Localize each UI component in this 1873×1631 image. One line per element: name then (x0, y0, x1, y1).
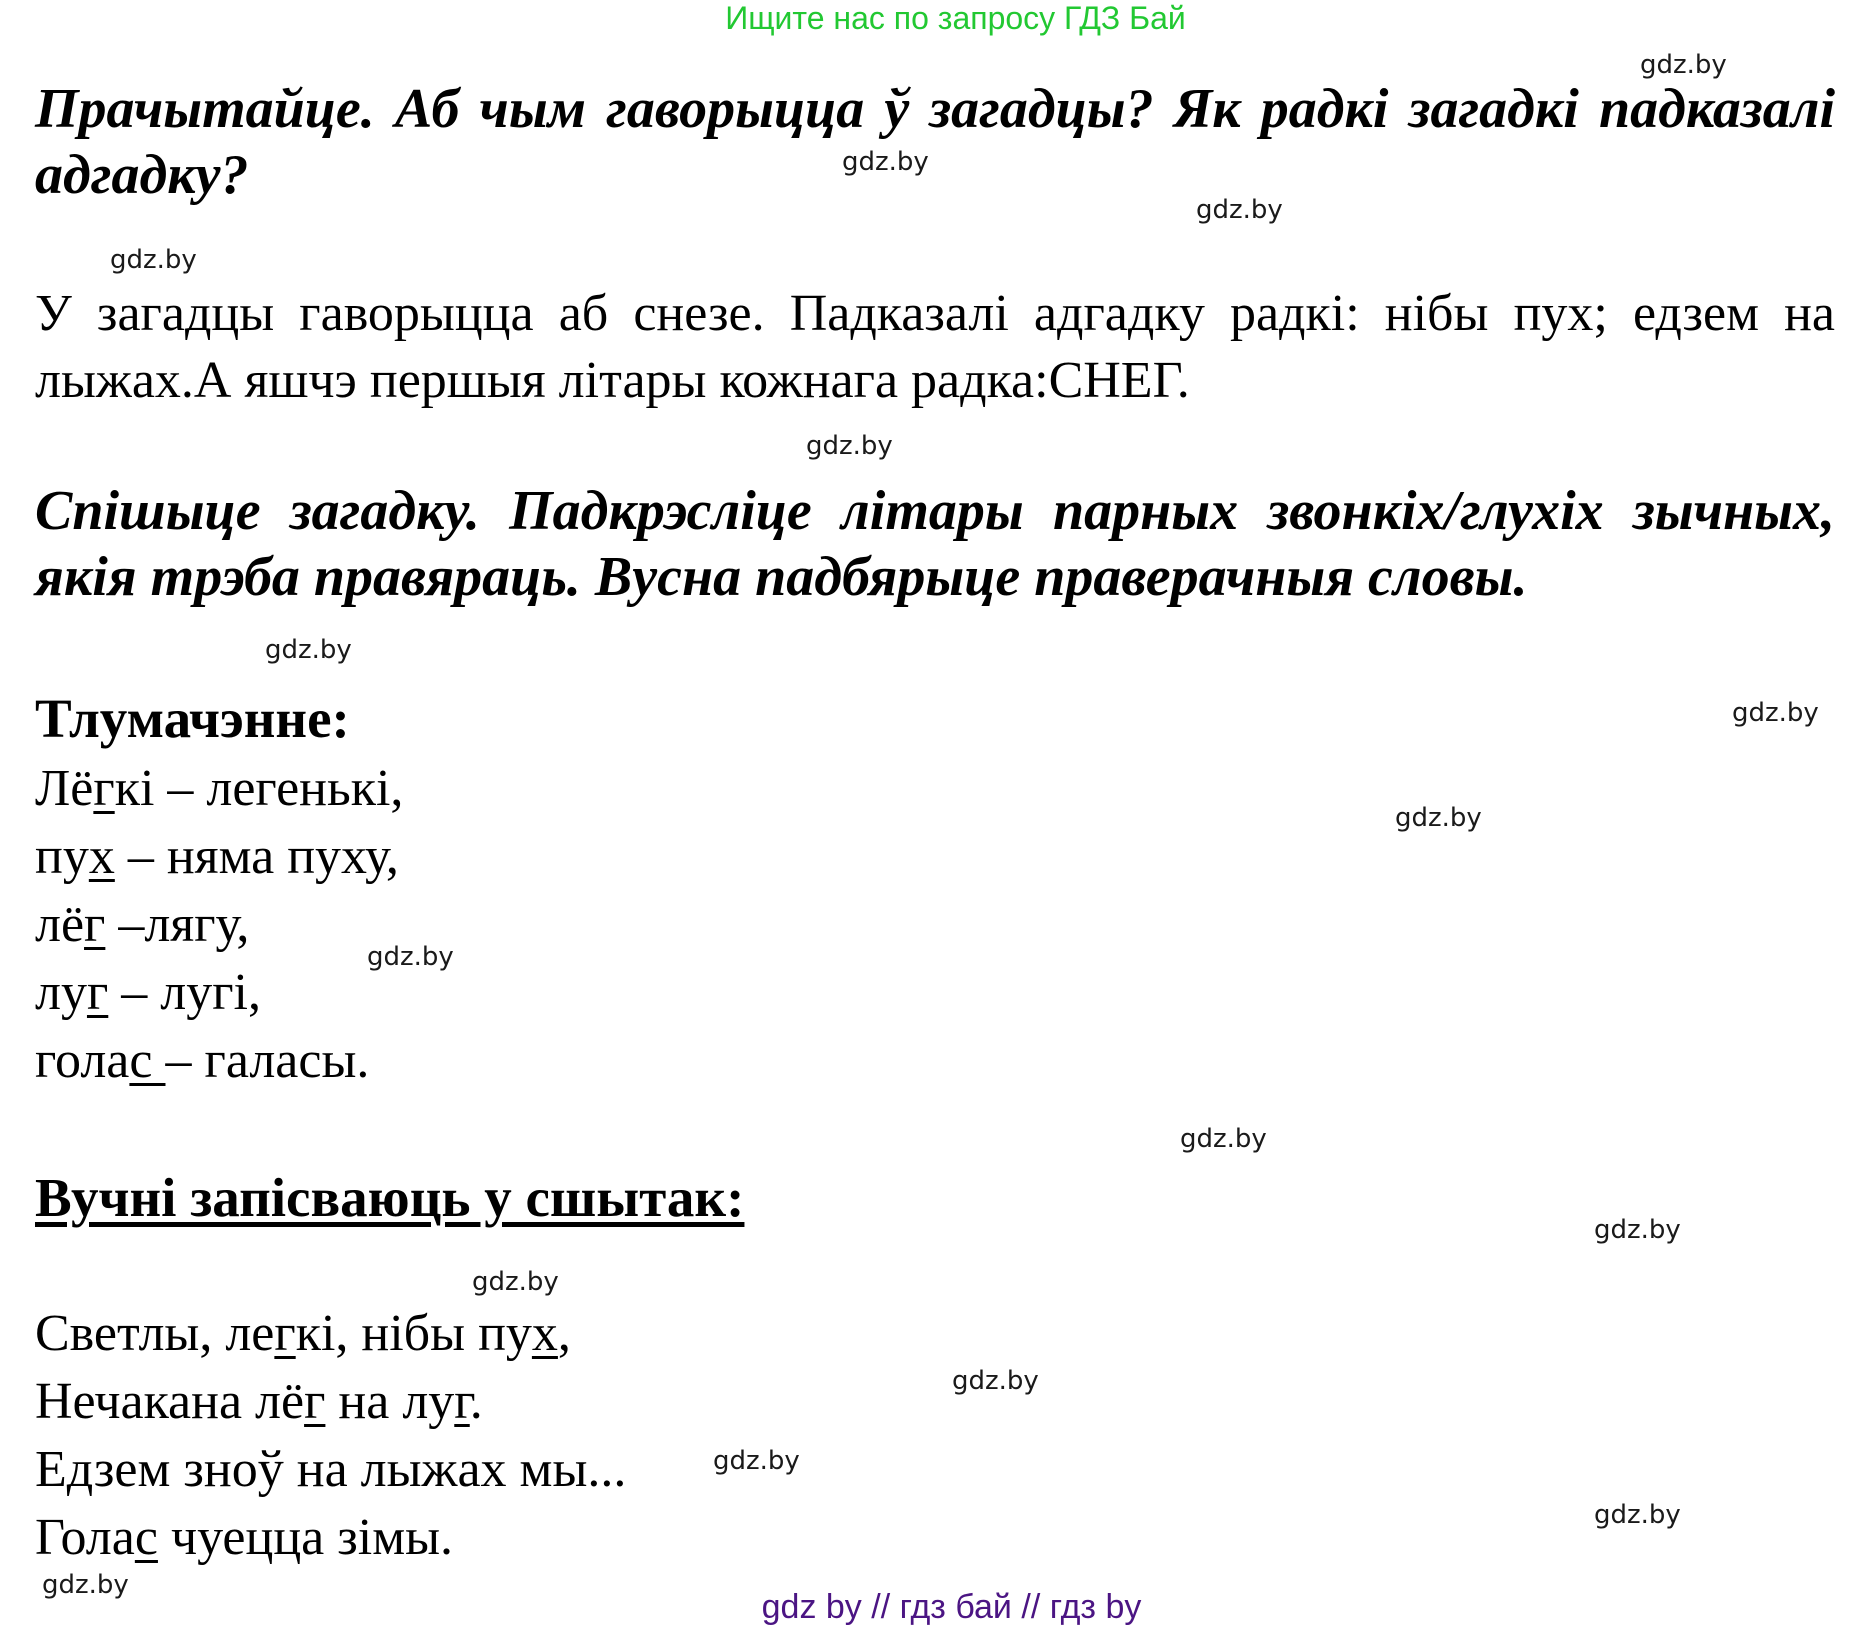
text-fragment: Лё (35, 760, 93, 817)
search-hint-banner: Ищите нас по запросу ГДЗ Бай (0, 0, 1873, 36)
watermark: gdz.by (713, 1446, 800, 1476)
text-fragment: лё (35, 896, 84, 953)
task-1-prompt: Прачытайце. Аб чым гаворыцца ў загадцы? … (35, 76, 1835, 208)
text-fragment: Едзем зноў на лыжах мы... (35, 1441, 626, 1498)
poem-line: Нечакана лёг на луг. (35, 1368, 626, 1436)
explanation-heading: Тлумачэнне: (35, 686, 350, 752)
underlined-consonant: х (532, 1305, 558, 1362)
underlined-consonant: г (454, 1373, 469, 1430)
explanation-line: голас – галасы. (35, 1027, 403, 1095)
watermark: gdz.by (472, 1267, 559, 1297)
text-fragment: . (470, 1373, 483, 1430)
explanation-list: Лёгкі – легенькі,пух – няма пуху,лёг –ля… (35, 755, 403, 1095)
text-fragment: , (558, 1305, 571, 1362)
watermark: gdz.by (1196, 195, 1283, 225)
text-fragment: кі – легенькі, (115, 760, 404, 817)
watermark: gdz.by (1594, 1215, 1681, 1245)
watermark: gdz.by (806, 431, 893, 461)
text-fragment: кі, нібы пу (296, 1305, 532, 1362)
search-hint-text: Ищите нас по запросу ГДЗ Бай (725, 0, 1186, 36)
watermark: gdz.by (110, 245, 197, 275)
task-2-prompt: Спішыце загадку. Падкрэсліце літары парн… (35, 478, 1835, 610)
watermark: gdz.by (952, 1366, 1039, 1396)
text-fragment: лу (35, 964, 87, 1021)
watermark: gdz.by (1594, 1500, 1681, 1530)
explanation-line: Лёгкі – легенькі, (35, 755, 403, 823)
underlined-consonant: х (89, 828, 115, 885)
watermark: gdz.by (1395, 803, 1482, 833)
poem-line: Светлы, легкі, нібы пух, (35, 1300, 626, 1368)
text-fragment: Светлы, ле (35, 1305, 274, 1362)
watermark: gdz.by (1640, 50, 1727, 80)
underlined-consonant: г (274, 1305, 295, 1362)
underlined-consonant: г (304, 1373, 325, 1430)
watermark: gdz.by (265, 635, 352, 665)
underlined-consonant: с (135, 1509, 158, 1566)
underlined-consonant: г (87, 964, 108, 1021)
explanation-line: пух – няма пуху, (35, 823, 403, 891)
answer-1-text: У загадцы гаворыцца аб снезе. Падказалі … (35, 280, 1835, 414)
watermark: gdz.by (1180, 1124, 1267, 1154)
text-fragment: на лу (325, 1373, 454, 1430)
explanation-line: лёг –лягу, (35, 891, 403, 959)
text-fragment: чуецца зімы. (158, 1509, 453, 1566)
footer-links-text[interactable]: gdz by // гдз бай // гдз by (762, 1588, 1142, 1626)
watermark: gdz.by (367, 942, 454, 972)
text-fragment: – лугі, (108, 964, 261, 1021)
underlined-consonant: г (84, 896, 105, 953)
underlined-consonant: с (129, 1032, 165, 1089)
watermark: gdz.by (842, 147, 929, 177)
text-fragment: – галасы. (165, 1032, 369, 1089)
poem-line: Голас чуецца зімы. (35, 1504, 626, 1572)
underlined-consonant: г (93, 760, 114, 817)
watermark: gdz.by (1732, 698, 1819, 728)
text-fragment: –лягу, (105, 896, 249, 953)
text-fragment: пу (35, 828, 89, 885)
text-fragment: гола (35, 1032, 129, 1089)
notebook-heading: Вучні запісваюць у сшытак: (35, 1165, 744, 1231)
text-fragment: – няма пуху, (115, 828, 399, 885)
text-fragment: Гола (35, 1509, 135, 1566)
explanation-line: луг – лугі, (35, 959, 403, 1027)
footer-links-banner: gdz by // гдз бай // гдз by (0, 1589, 1873, 1625)
text-fragment: Нечакана лё (35, 1373, 304, 1430)
poem-line: Едзем зноў на лыжах мы... (35, 1436, 626, 1504)
riddle-poem: Светлы, легкі, нібы пух,Нечакана лёг на … (35, 1300, 626, 1572)
